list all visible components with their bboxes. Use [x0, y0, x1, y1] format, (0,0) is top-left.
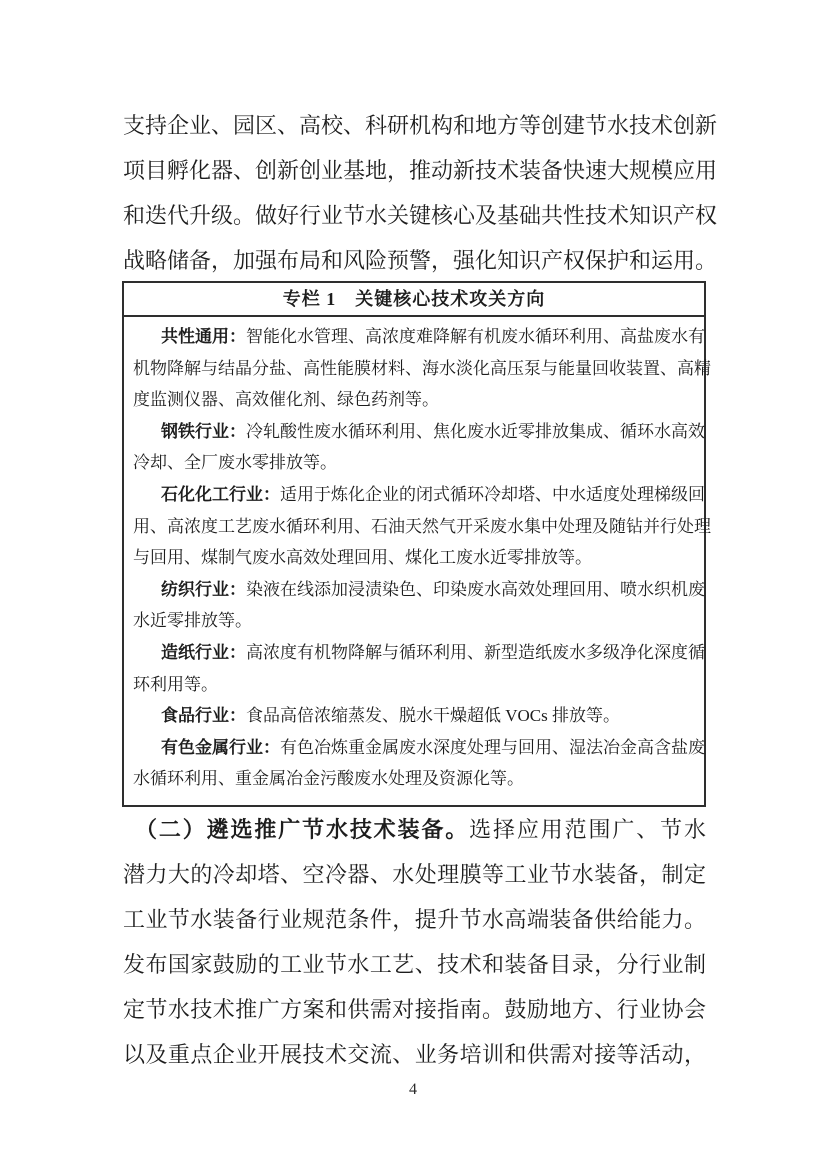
box-section-line: 水循环利用、重金属冶金污酸废水处理及资源化等。 [133, 763, 695, 795]
document-page: 支持企业、园区、高校、科研机构和地方等创建节水技术创新 项目孵化器、创新创业基地… [0, 0, 826, 1169]
section-2-text: 选择应用范围广、节水 [469, 817, 706, 842]
box-section-text: 适用于炼化企业的闭式循环冷却塔、中水适度处理梯级回 [280, 485, 705, 504]
intro-line-3: 和迭代升级。做好行业节水关键核心及基础共性技术知识产权 [123, 193, 706, 238]
box-title: 专栏 1 关键核心技术攻关方向 [124, 283, 704, 317]
section-2-line-2: 潜力大的冷却塔、空冷器、水处理膜等工业节水装备，制定 [123, 852, 706, 897]
section-2-heading: （二）遴选推广节水技术装备。 [135, 817, 469, 842]
page-number: 4 [0, 1081, 826, 1099]
box-section-line: 食品行业：食品高倍浓缩蒸发、脱水干燥超低 VOCs 排放等。 [133, 700, 695, 732]
box-section-line: 环利用等。 [133, 669, 695, 701]
intro-line-2: 项目孵化器、创新创业基地，推动新技术装备快速大规模应用 [123, 148, 706, 193]
box-section-label: 石化化工行业： [161, 485, 280, 504]
box-section-line: 度监测仪器、高效催化剂、绿色药剂等。 [133, 384, 695, 416]
intro-line-4: 战略储备，加强布局和风险预警，强化知识产权保护和运用。 [123, 238, 706, 283]
box-body: 共性通用：智能化水管理、高浓度难降解有机废水循环利用、高盐废水有 机物降解与结晶… [124, 317, 704, 805]
box-section-line: 机物降解与结晶分盐、高性能膜材料、海水淡化高压泵与能量回收装置、高精 [133, 353, 695, 385]
section-2-paragraph: （二）遴选推广节水技术装备。选择应用范围广、节水 潜力大的冷却塔、空冷器、水处理… [123, 807, 706, 1077]
intro-line-1: 支持企业、园区、高校、科研机构和地方等创建节水技术创新 [123, 103, 706, 148]
box-section-line: 冷却、全厂废水零排放等。 [133, 447, 695, 479]
box-section-line: 水近零排放等。 [133, 605, 695, 637]
box-section-text: 冷轧酸性废水循环利用、焦化废水近零排放集成、循环水高效 [246, 422, 705, 441]
box-section-line: 与回用、煤制气废水高效处理回用、煤化工废水近零排放等。 [133, 542, 695, 574]
box-section-label: 纺织行业： [161, 580, 246, 599]
section-2-line-4: 发布国家鼓励的工业节水工艺、技术和装备目录，分行业制 [123, 942, 706, 987]
box-section-label: 共性通用： [161, 327, 246, 346]
box-section-label: 食品行业： [161, 706, 246, 725]
box-section-label: 造纸行业： [161, 643, 246, 662]
section-2-line-3: 工业节水装备行业规范条件，提升节水高端装备供给能力。 [123, 897, 706, 942]
box-section-text: 有色冶炼重金属废水深度处理与回用、湿法冶金高含盐废 [280, 738, 705, 757]
section-2-line-6: 以及重点企业开展技术交流、业务培训和供需对接等活动， [123, 1032, 706, 1077]
box-section-label: 有色金属行业： [161, 738, 280, 757]
box-section-line: 纺织行业：染液在线添加浸渍染色、印染废水高效处理回用、喷水织机废 [133, 574, 695, 606]
section-2-line-5: 定节水技术推广方案和供需对接指南。鼓励地方、行业协会 [123, 987, 706, 1032]
box-section-line: 有色金属行业：有色冶炼重金属废水深度处理与回用、湿法冶金高含盐废 [133, 732, 695, 764]
box-section-line: 用、高浓度工艺废水循环利用、石油天然气开采废水集中处理及随钻并行处理 [133, 511, 695, 543]
box-section-text: 高浓度有机物降解与循环利用、新型造纸废水多级净化深度循 [246, 643, 705, 662]
box-section-text: 食品高倍浓缩蒸发、脱水干燥超低 VOCs 排放等。 [246, 706, 620, 725]
box-section-line: 钢铁行业：冷轧酸性废水循环利用、焦化废水近零排放集成、循环水高效 [133, 416, 695, 448]
intro-paragraph: 支持企业、园区、高校、科研机构和地方等创建节水技术创新 项目孵化器、创新创业基地… [123, 103, 706, 283]
box-section-text: 智能化水管理、高浓度难降解有机废水循环利用、高盐废水有 [246, 327, 705, 346]
box-section-line: 造纸行业：高浓度有机物降解与循环利用、新型造纸废水多级净化深度循 [133, 637, 695, 669]
column-box: 专栏 1 关键核心技术攻关方向 共性通用：智能化水管理、高浓度难降解有机废水循环… [122, 281, 706, 807]
box-section-line: 共性通用：智能化水管理、高浓度难降解有机废水循环利用、高盐废水有 [133, 321, 695, 353]
box-section-line: 石化化工行业：适用于炼化企业的闭式循环冷却塔、中水适度处理梯级回 [133, 479, 695, 511]
section-2-line-1: （二）遴选推广节水技术装备。选择应用范围广、节水 [123, 807, 706, 852]
box-section-text: 染液在线添加浸渍染色、印染废水高效处理回用、喷水织机废 [246, 580, 705, 599]
box-section-label: 钢铁行业： [161, 422, 246, 441]
